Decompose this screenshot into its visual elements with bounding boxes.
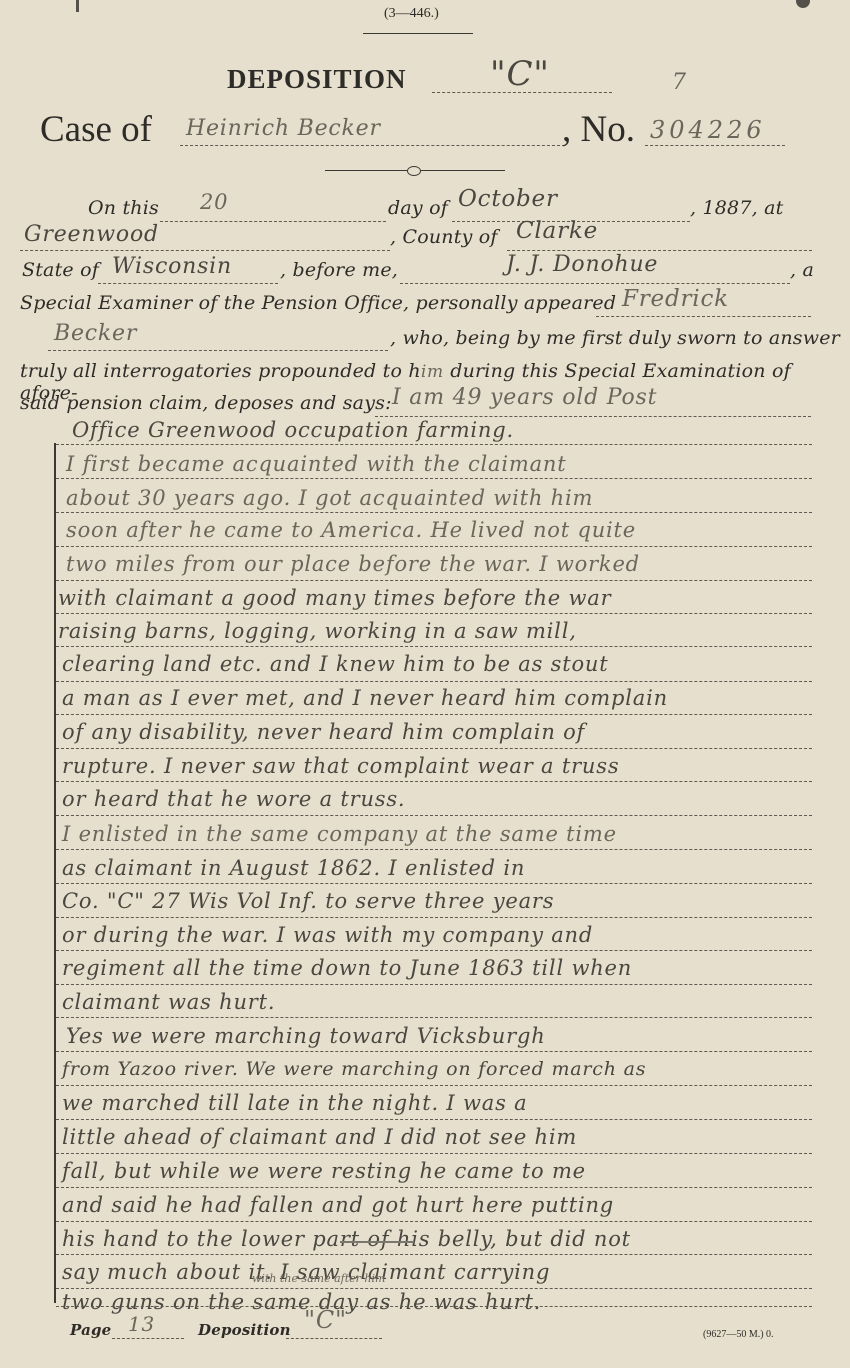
case-number: 304226 <box>650 116 766 144</box>
testimony-line: with claimant a good many times before t… <box>58 586 611 610</box>
rule-line <box>56 478 812 479</box>
rule-line <box>56 512 812 513</box>
testimony-line: Office Greenwood occupation farming. <box>72 418 514 442</box>
left-margin-rule <box>54 443 56 1303</box>
deponent-last-line <box>48 350 388 351</box>
examiner-line-text: Special Examiner of the Pension Office, … <box>20 292 616 314</box>
rule-line <box>56 613 812 614</box>
rule-line <box>56 984 812 985</box>
year-label: , 1887, at <box>690 197 783 219</box>
day-line <box>160 221 386 222</box>
county-line <box>507 250 812 251</box>
state-label: State of <box>22 259 99 281</box>
rule-line <box>56 1017 812 1018</box>
place-value: Greenwood <box>24 222 159 247</box>
rule-line <box>56 950 812 951</box>
sworn-text: , who, being by me first duly sworn to a… <box>390 327 840 349</box>
county-label: , County of <box>390 226 498 248</box>
rule-line <box>56 646 812 647</box>
testimony-line: claimant was hurt. <box>62 990 275 1014</box>
rule-line <box>56 1254 812 1255</box>
corner-mark-right <box>796 0 810 8</box>
rule-line <box>56 1221 812 1222</box>
case-of-label: Case of <box>40 108 152 151</box>
testimony-line: and said he had fallen and got hurt here… <box>62 1193 614 1217</box>
state-value: Wisconsin <box>112 254 232 279</box>
page-number-line <box>112 1338 184 1339</box>
place-line <box>20 250 390 251</box>
rule-line <box>56 1187 812 1188</box>
month-value: October <box>458 186 558 212</box>
case-name: Heinrich Becker <box>186 116 381 141</box>
rule-line <box>56 444 812 445</box>
testimony-line: we marched till late in the night. I was… <box>62 1091 527 1115</box>
footer-deposition-line <box>286 1338 382 1339</box>
a-label: , a <box>790 259 814 281</box>
rule-line <box>56 714 812 715</box>
testimony-line: fall, but while we were resting he came … <box>62 1159 586 1183</box>
deponent-last-name: Becker <box>54 321 137 346</box>
examiner-name: J. J. Donohue <box>506 252 658 277</box>
on-this-label: On this <box>88 197 159 219</box>
interrogatories-text-a: truly all interrogatories propounded to … <box>20 360 421 382</box>
day-of-label: day of <box>388 197 448 219</box>
rule-line <box>56 917 812 918</box>
rule-line <box>56 1288 812 1289</box>
testimony-line: clearing land etc. and I knew him to be … <box>62 652 608 676</box>
testimony-line: I enlisted in the same company at the sa… <box>62 822 617 846</box>
rule-line <box>56 1051 812 1052</box>
case-name-line <box>180 145 565 146</box>
page-label: Page <box>70 1321 111 1339</box>
page-number: 13 <box>128 1312 155 1336</box>
testimony-line: or heard that he wore a truss. <box>62 787 405 811</box>
rule-line <box>56 781 812 782</box>
him-insert: im <box>421 362 444 382</box>
testimony-line: from Yazoo river. We were marching on fo… <box>62 1058 646 1080</box>
margin-annotation: 7 <box>672 70 687 95</box>
footer-deposition-letter: "C" <box>304 1306 347 1334</box>
testimony-line: of any disability, never heard him compl… <box>62 720 585 744</box>
testimony-line: rupture. I never saw that complaint wear… <box>62 754 619 778</box>
testimony-line: a man as I ever met, and I never heard h… <box>62 686 668 710</box>
deponent-first-line <box>596 316 811 317</box>
testimony-line: Co. "C" 27 Wis Vol Inf. to serve three y… <box>62 889 554 913</box>
rule-line <box>56 1153 812 1154</box>
deposition-letter: "C" <box>490 54 550 94</box>
testimony-line: two miles from our place before the war.… <box>66 552 640 576</box>
examiner-line <box>400 283 790 284</box>
testimony-line: little ahead of claimant and I did not s… <box>62 1125 577 1149</box>
testimony-line: soon after he came to America. He lived … <box>66 518 636 542</box>
deposes-value: I am 49 years old Post <box>392 385 657 410</box>
deposes-text: said pension claim, deposes and says: <box>20 392 392 414</box>
deposes-line <box>375 416 811 417</box>
county-value: Clarke <box>516 218 598 244</box>
testimony-line: about 30 years ago. I got acquainted wit… <box>66 486 593 510</box>
form-number: (3—446.) <box>384 6 439 22</box>
testimony-line: two guns on the same day as he was hurt. <box>62 1290 541 1314</box>
rule-line <box>56 580 812 581</box>
rule-line <box>56 748 812 749</box>
testimony-line: regiment all the time down to June 1863 … <box>62 956 632 980</box>
print-code: (9627—50 M.) 0. <box>703 1329 774 1340</box>
testimony-line: I first became acquainted with the claim… <box>66 452 566 476</box>
day-value: 20 <box>200 190 228 214</box>
rule-line <box>56 815 812 816</box>
footer-deposition-label: Deposition <box>198 1321 291 1339</box>
case-number-line <box>645 145 785 146</box>
testimony-line: or during the war. I was with my company… <box>62 923 593 947</box>
rule-line <box>56 1306 812 1307</box>
state-line <box>98 283 278 284</box>
deponent-first-name: Fredrick <box>622 286 729 312</box>
rule-line <box>56 849 812 850</box>
pencil-underline <box>340 1241 414 1243</box>
rule-line <box>56 546 812 547</box>
corner-mark-left <box>76 0 79 12</box>
rule-line <box>56 681 812 682</box>
interlineation: with the same after him <box>252 1272 385 1285</box>
testimony-line: as claimant in August 1862. I enlisted i… <box>62 856 525 880</box>
before-me-label: , before me, <box>280 259 398 281</box>
rule-line <box>56 1085 812 1086</box>
rule-line <box>56 1119 812 1120</box>
case-number-label: , No. <box>562 108 635 151</box>
testimony-line: his hand to the lower part of his belly,… <box>62 1227 631 1251</box>
testimony-line: raising barns, logging, working in a saw… <box>58 619 577 643</box>
deposition-heading: DEPOSITION <box>227 64 407 95</box>
ornament-icon <box>407 166 421 176</box>
rule-line <box>56 883 812 884</box>
header-rule <box>363 33 473 34</box>
testimony-line: Yes we were marching toward Vicksburgh <box>66 1024 546 1048</box>
